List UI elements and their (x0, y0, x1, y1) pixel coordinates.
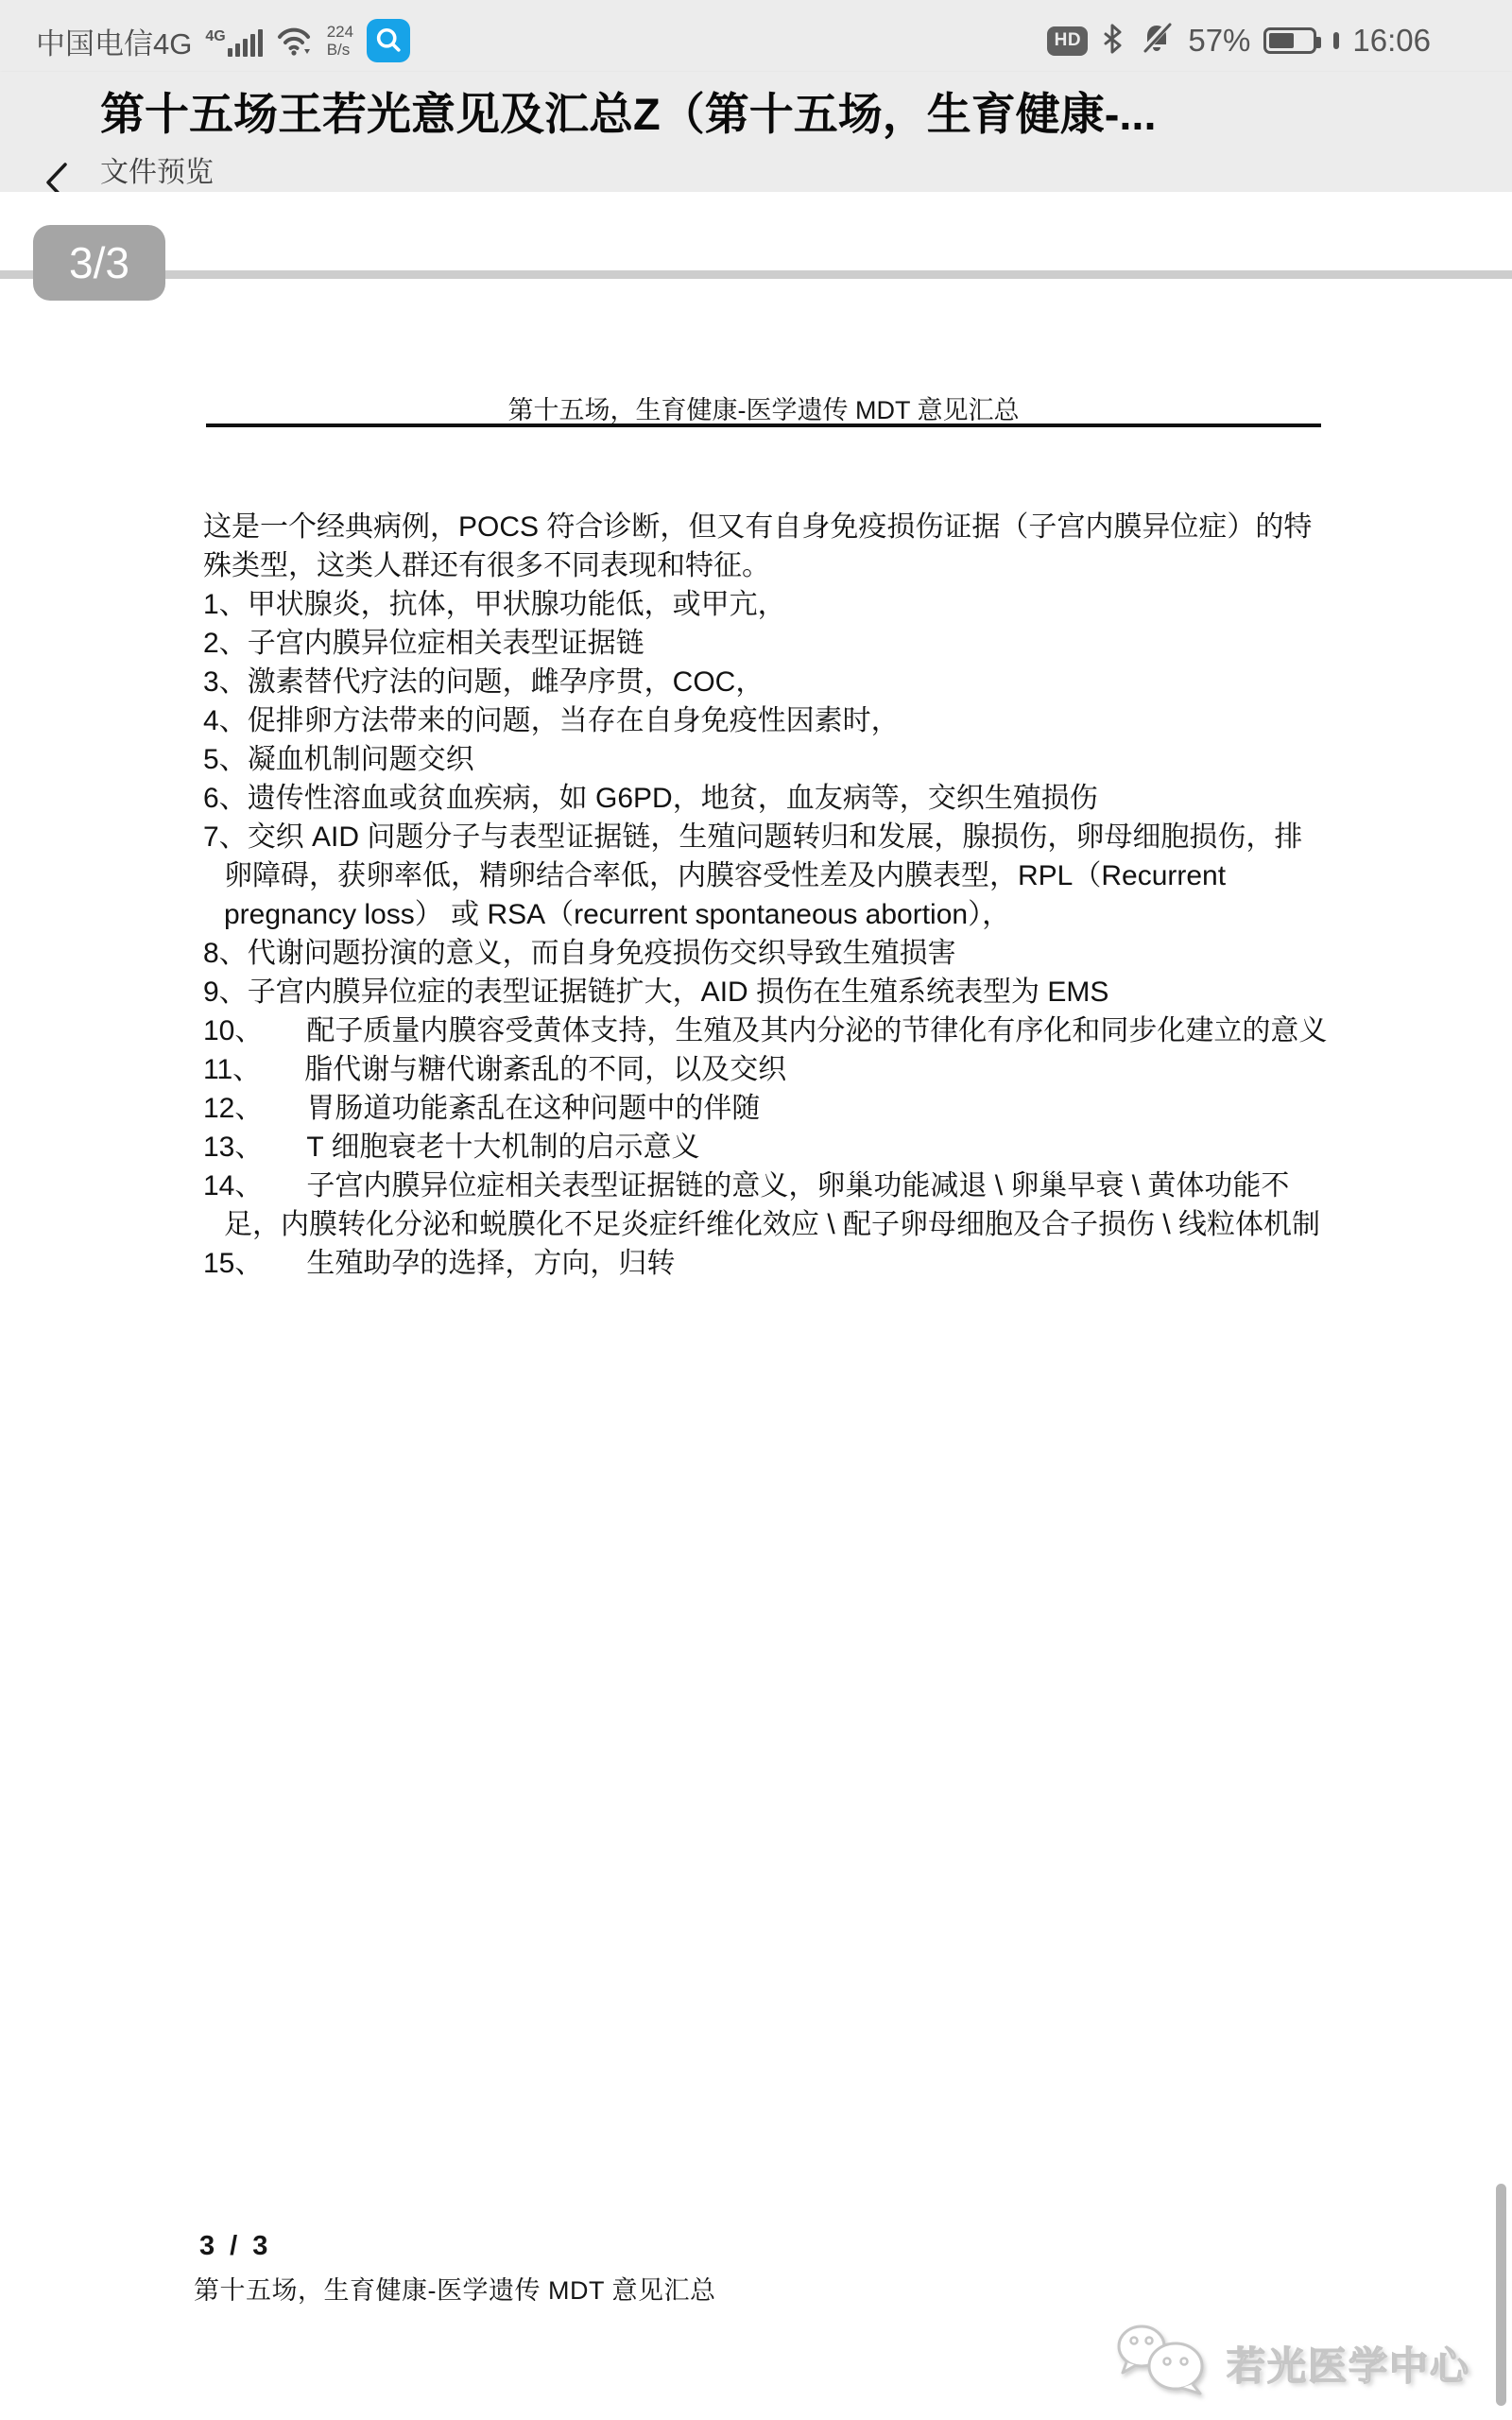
network-speed-value: 224 (327, 23, 353, 41)
watermark-label: 若光医学中心 (1227, 2335, 1470, 2391)
item-text: 凝血机制问题交织 (248, 744, 474, 775)
list-item: 14、子宫内膜异位症相关表型证据链的意义，卵巢功能减退 \ 卵巢早衰 \ 黄体功… (203, 1167, 1328, 1244)
list-item: 3、激素替代疗法的问题，雌孕序贯，COC， (203, 663, 1328, 701)
item-text: 胃肠道功能紊乱在这种问题中的伴随 (306, 1093, 760, 1124)
watermark: 若光医学中心 (1113, 2322, 1470, 2403)
item-number: 11、 (203, 1054, 261, 1085)
clock-label: 16:06 (1352, 23, 1431, 59)
item-number: 15、 (203, 1248, 263, 1279)
list-item: 4、促排卵方法带来的问题，当存在自身免疫性因素时， (203, 701, 1328, 740)
title-bar: 第十五场王若光意见及汇总Z（第十五场，生育健康-... 文件预览 (0, 72, 1512, 192)
search-app-icon (367, 19, 410, 62)
item-text: 生殖助孕的选择，方向，归转 (306, 1248, 675, 1279)
list-item: 8、代谢问题扮演的意义，而自身免疫损伤交织导致生殖损害 (203, 934, 1328, 973)
header-rule (206, 423, 1321, 427)
page-indicator-badge: 3/3 (33, 225, 165, 301)
list-item: 13、T 细胞衰老十大机制的启示意义 (203, 1128, 1328, 1167)
item-number: 8、 (203, 938, 248, 969)
item-text: 配子质量内膜容受黄体支持，生殖及其内分泌的节律化有序化和同步化建立的意义 (306, 1015, 1327, 1046)
intro-paragraph: 这是一个经典病例，POCS 符合诊断，但又有自身免疫损伤证据（子宫内膜异位症）的… (203, 508, 1328, 585)
phone-screen: 中国电信4G 4G 224 B/s (0, 0, 1512, 2420)
signal-bars-icon (228, 29, 263, 57)
file-preview-label: 文件预览 (100, 148, 1319, 190)
item-number: 12、 (203, 1093, 263, 1124)
item-number: 14、 (203, 1170, 263, 1201)
item-number: 3、 (203, 666, 248, 698)
item-number: 2、 (203, 628, 248, 659)
battery-percent-label: 57% (1188, 23, 1250, 59)
carrier-label: 中国电信4G (36, 20, 192, 62)
item-number: 1、 (203, 589, 248, 620)
status-bar: 中国电信4G 4G 224 B/s (0, 0, 1512, 72)
list-item: 11、脂代谢与糖代谢紊乱的不同，以及交织 (203, 1050, 1328, 1089)
item-number: 10、 (203, 1015, 263, 1046)
item-text: 代谢问题扮演的意义，而自身免疫损伤交织导致生殖损害 (248, 938, 956, 969)
hd-voice-icon: HD (1047, 26, 1088, 56)
item-number: 4、 (203, 705, 248, 736)
item-text: 激素替代疗法的问题，雌孕序贯，COC， (248, 666, 765, 698)
item-number: 5、 (203, 744, 248, 775)
item-number: 6、 (203, 783, 248, 814)
item-text: 遗传性溶血或贫血疾病，如 G6PD，地贫，血友病等，交织生殖损伤 (248, 783, 1098, 814)
document-footer: 3 / 3 第十五场，生育健康-医学遗传 MDT 意见汇总 (194, 2231, 716, 2307)
item-text: 子宫内膜异位症相关表型证据链的意义，卵巢功能减退 \ 卵巢早衰 \ 黄体功能不足… (224, 1170, 1320, 1240)
item-text: 脂代谢与糖代谢紊乱的不同，以及交织 (304, 1054, 786, 1085)
item-number: 13、 (203, 1132, 263, 1163)
signal-strength-icon: 4G (205, 26, 262, 57)
list-item: 2、子宫内膜异位症相关表型证据链 (203, 624, 1328, 663)
item-text: T 细胞衰老十大机制的启示意义 (306, 1132, 699, 1163)
item-number: 9、 (203, 977, 248, 1008)
item-text: 甲状腺炎，抗体，甲状腺功能低，或甲亢， (248, 589, 786, 620)
list-item: 1、甲状腺炎，抗体，甲状腺功能低，或甲亢， (203, 585, 1328, 624)
list-item: 6、遗传性溶血或贫血疾病，如 G6PD，地贫，血友病等，交织生殖损伤 (203, 779, 1328, 818)
list-item: 5、凝血机制问题交织 (203, 740, 1328, 779)
footer-title: 第十五场，生育健康-医学遗传 MDT 意见汇总 (194, 2270, 716, 2307)
footer-page-number: 3 / 3 (194, 2231, 716, 2262)
network-type-badge: 4G (205, 28, 225, 45)
item-number: 7、 (203, 821, 248, 853)
document-header-title: 第十五场，生育健康-医学遗传 MDT 意见汇总 (206, 389, 1321, 426)
mute-bell-icon (1139, 22, 1175, 60)
item-text: 子宫内膜异位症相关表型证据链 (248, 628, 644, 659)
wechat-logo-icon (1113, 2322, 1211, 2403)
scrollbar-thumb[interactable] (1496, 2184, 1506, 2406)
list-item: 9、子宫内膜异位症的表型证据链扩大，AID 损伤在生殖系统表型为 EMS (203, 973, 1328, 1011)
item-text: 促排卵方法带来的问题，当存在自身免疫性因素时， (248, 705, 900, 736)
list-item: 15、生殖助孕的选择，方向，归转 (203, 1244, 1328, 1283)
item-text: 交织 AID 问题分子与表型证据链，生殖问题转归和发展，腺损伤，卵母细胞损伤，排… (224, 821, 1302, 930)
page-divider (0, 270, 1512, 279)
list-item: 12、胃肠道功能紊乱在这种问题中的伴随 (203, 1089, 1328, 1128)
wifi-icon (276, 25, 314, 61)
list-item: 10、配子质量内膜容受黄体支持，生殖及其内分泌的节律化有序化和同步化建立的意义 (203, 1011, 1328, 1050)
battery-side-mark-icon (1333, 32, 1339, 49)
bluetooth-icon (1101, 23, 1125, 60)
battery-icon (1263, 27, 1316, 54)
network-speed: 224 B/s (327, 23, 353, 59)
network-speed-unit: B/s (327, 41, 351, 59)
document-title: 第十五场王若光意见及汇总Z（第十五场，生育健康-... (100, 79, 1319, 143)
document-body: 这是一个经典病例，POCS 符合诊断，但又有自身免疫损伤证据（子宫内膜异位症）的… (203, 508, 1328, 1283)
item-text: 子宫内膜异位症的表型证据链扩大，AID 损伤在生殖系统表型为 EMS (248, 977, 1109, 1008)
list-item: 7、交织 AID 问题分子与表型证据链，生殖问题转归和发展，腺损伤，卵母细胞损伤… (203, 818, 1328, 934)
